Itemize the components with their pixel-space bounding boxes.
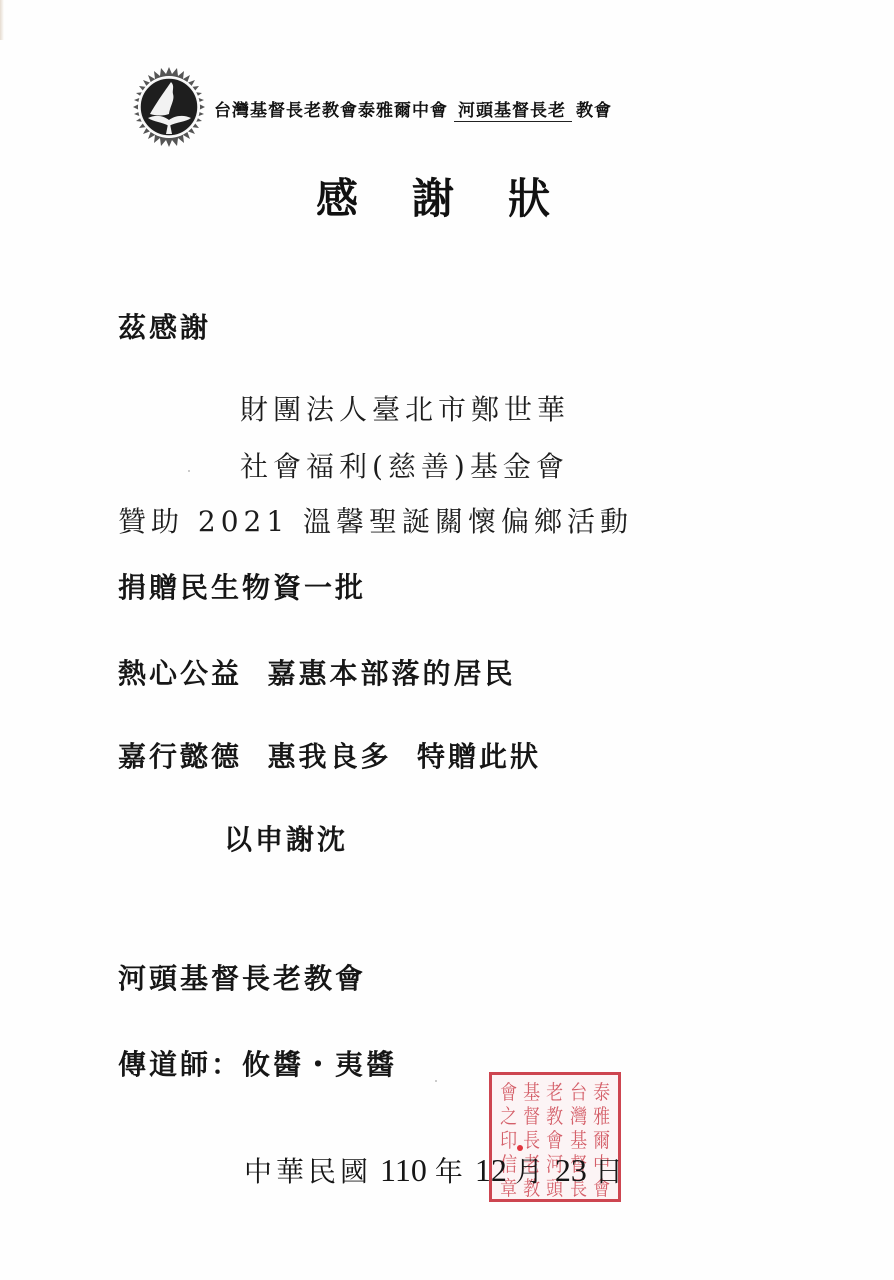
church-name-underlined: 河頭基督長老 bbox=[454, 101, 572, 122]
date-day: 23 bbox=[555, 1152, 587, 1188]
paper-speck bbox=[188, 470, 190, 472]
donation-description: 捐贈民生物資一批 bbox=[118, 566, 366, 606]
praise-line-2: 嘉行懿德 惠我良多 特贈此狀 bbox=[118, 735, 541, 775]
seal-character: 灣 bbox=[569, 1105, 587, 1127]
seal-character: 印 bbox=[500, 1129, 518, 1151]
issue-date: 中華民國110年12月23日 bbox=[244, 1150, 627, 1190]
date-year-unit: 年 bbox=[435, 1155, 467, 1188]
seal-character: 基 bbox=[569, 1129, 587, 1151]
praise-line-1: 熱心公益 嘉惠本部落的居民 bbox=[118, 652, 516, 692]
seal-character: 台 bbox=[569, 1081, 587, 1103]
seal-character: 會 bbox=[546, 1129, 564, 1151]
date-month-unit: 月 bbox=[515, 1155, 547, 1188]
intro-text: 茲感謝 bbox=[118, 306, 211, 346]
date-day-unit: 日 bbox=[595, 1155, 627, 1188]
event-description: 贊助 2021 溫馨聖誕關懷偏鄉活動 bbox=[118, 500, 633, 540]
closing-phrase: 以申謝沈 bbox=[224, 818, 348, 858]
church-suffix: 教會 bbox=[576, 96, 612, 121]
seal-character: 老 bbox=[546, 1081, 564, 1103]
issuing-church: 河頭基督長老教會 bbox=[118, 957, 366, 997]
date-year: 110 bbox=[380, 1152, 427, 1188]
date-era: 中華民國 bbox=[244, 1155, 372, 1188]
recipient-line-2: 社會福利(慈善)基金會 bbox=[240, 445, 569, 485]
presbytery-name: 台灣基督長老教會泰雅爾中會 bbox=[214, 96, 448, 121]
letterhead-text: 台灣基督長老教會泰雅爾中會 河頭基督長老 教會 bbox=[214, 92, 612, 122]
certificate-title: 感謝狀 bbox=[316, 166, 604, 226]
presbyterian-church-emblem-icon bbox=[128, 66, 210, 148]
letterhead: 台灣基督長老教會泰雅爾中會 河頭基督長老 教會 bbox=[128, 66, 612, 148]
paper-edge-shadow bbox=[0, 0, 4, 40]
seal-character: 基 bbox=[523, 1081, 541, 1103]
seal-character: 會 bbox=[500, 1081, 518, 1103]
seal-character: 泰 bbox=[592, 1081, 610, 1103]
recipient-line-1: 財團法人臺北市鄭世華 bbox=[240, 388, 570, 428]
seal-character: 長 bbox=[523, 1129, 541, 1151]
certificate-page: 台灣基督長老教會泰雅爾中會 河頭基督長老 教會 感謝狀 茲感謝 財團法人臺北市鄭… bbox=[0, 0, 894, 1280]
seal-character: 督 bbox=[523, 1105, 541, 1127]
seal-character: 爾 bbox=[592, 1129, 610, 1151]
pastor-signature: 傳道師：攸醬・夷醬 bbox=[118, 1043, 397, 1083]
seal-character: 之 bbox=[500, 1105, 518, 1127]
paper-speck bbox=[435, 1080, 437, 1082]
seal-character: 雅 bbox=[592, 1105, 610, 1127]
seal-character: 教 bbox=[546, 1105, 564, 1127]
date-month: 12 bbox=[475, 1152, 507, 1188]
